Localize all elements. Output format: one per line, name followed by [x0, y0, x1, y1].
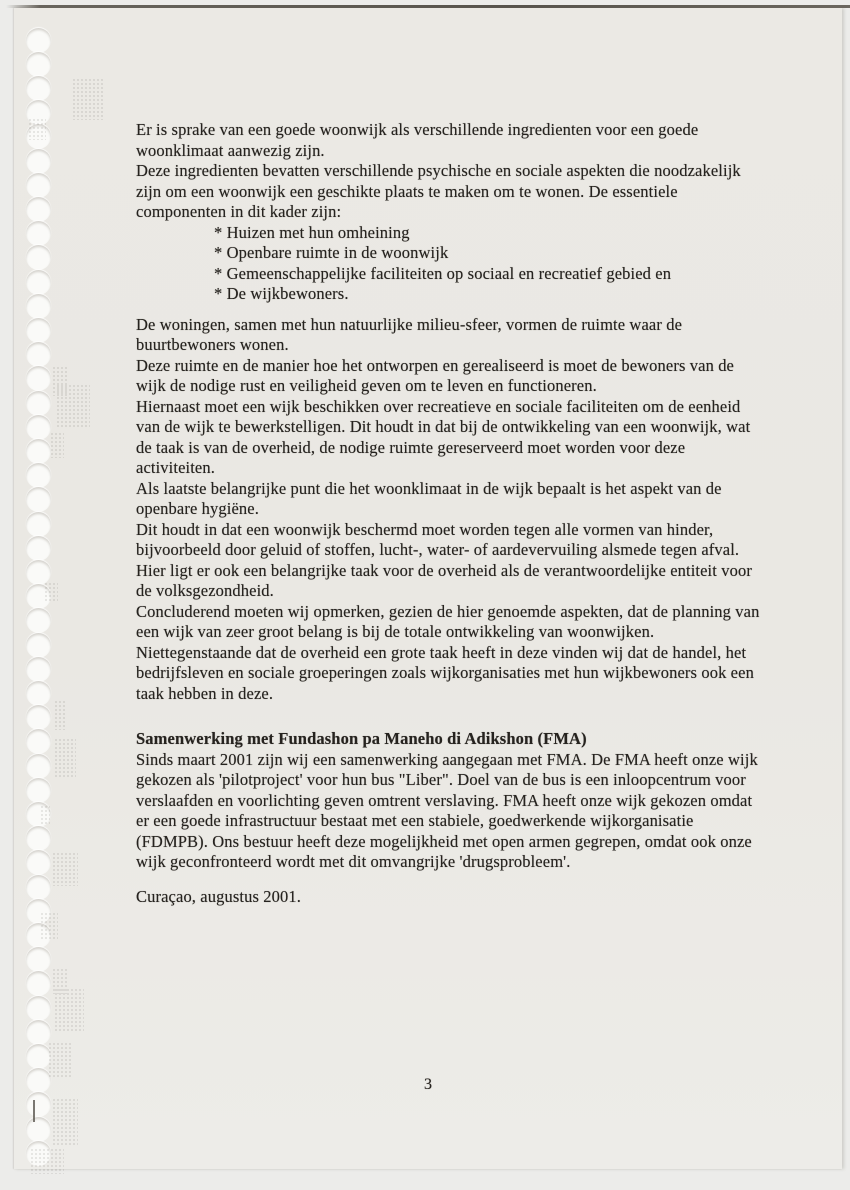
page-number: 3: [14, 1076, 842, 1094]
noise-patch: [40, 912, 58, 940]
binder-hole: [26, 850, 51, 875]
binder-hole: [26, 947, 51, 972]
noise-patch: [54, 988, 84, 1032]
text-line: de taak is van de overheid, de nodige ru…: [136, 438, 791, 459]
binder-hole: [26, 875, 51, 900]
binder-hole: [26, 1044, 51, 1069]
binder-hole: [26, 536, 51, 561]
block-paragraph: Sinds maart 2001 zijn wij een samenwerki…: [136, 750, 791, 873]
text-line: Deze ruimte en de manier hoe het ontworp…: [136, 356, 791, 377]
binder-hole: [26, 971, 51, 996]
binder-hole: [26, 391, 51, 416]
scanned-document: Er is sprake van een goede woonwijk als …: [0, 0, 850, 1190]
binder-hole: [26, 197, 51, 222]
list-item: * Openbare ruimte in de woonwijk: [136, 243, 791, 264]
text-line: Deze ingredienten bevatten verschillende…: [136, 161, 791, 182]
document-body: Er is sprake van een goede woonwijk als …: [136, 120, 791, 907]
text-line: componenten in dit kader zijn:: [136, 202, 791, 223]
binder-hole: [26, 366, 51, 391]
text-line: de volksgezondheid.: [136, 581, 791, 602]
binder-hole: [26, 221, 51, 246]
block-dateline: Curaçao, augustus 2001.: [136, 887, 791, 908]
text-line: van de wijk te bewerkstelligen. Dit houd…: [136, 417, 791, 438]
binder-hole: [26, 463, 51, 488]
binder-hole: [26, 52, 51, 77]
text-line: Curaçao, augustus 2001.: [136, 887, 791, 908]
text-line: activiteiten.: [136, 458, 791, 479]
binder-hole: [26, 778, 51, 803]
text-line: Niettegenstaande dat de overheid een gro…: [136, 643, 791, 664]
text-line: gekozen als 'pilotproject' voor hun bus …: [136, 770, 791, 791]
binder-hole: [26, 415, 51, 440]
noise-patch: [56, 384, 90, 428]
binder-hole: [26, 342, 51, 367]
text-line: er een goede infrastructuur bestaat met …: [136, 811, 791, 832]
text-line: verslaafden en voorlichting geven omtren…: [136, 791, 791, 812]
noise-patch: [33, 1100, 35, 1122]
binder-hole: [26, 681, 51, 706]
binder-hole: [26, 608, 51, 633]
noise-patch: [54, 738, 76, 778]
text-line: buurtbewoners wonen.: [136, 335, 791, 356]
block-paragraph: Er is sprake van een goede woonwijk als …: [136, 120, 791, 223]
paper-sheet: Er is sprake van een goede woonwijk als …: [14, 8, 842, 1169]
binder-hole: [26, 294, 51, 319]
block-paragraph: De woningen, samen met hun natuurlijke m…: [136, 315, 791, 705]
text-line: bijvoorbeeld door geluid of stoffen, luc…: [136, 540, 791, 561]
text-line: taak hebben in deze.: [136, 684, 791, 705]
text-line: Sinds maart 2001 zijn wij een samenwerki…: [136, 750, 791, 771]
noise-patch: [72, 78, 104, 120]
text-line: Er is sprake van een goede woonwijk als …: [136, 120, 791, 141]
noise-patch: [50, 432, 64, 458]
binder-hole: [26, 318, 51, 343]
text-line: woonklimaat aanwezig zijn.: [136, 141, 791, 162]
text-line: Hier ligt er ook een belangrijke taak vo…: [136, 561, 791, 582]
binder-hole: [26, 245, 51, 270]
binder-hole: [26, 173, 51, 198]
list-item: * Gemeenschappelijke faciliteiten op soc…: [136, 264, 791, 285]
text-line: wijk geconfronteerd wordt met dit omvang…: [136, 852, 791, 873]
binder-hole: [26, 28, 51, 53]
block-heading: Samenwerking met Fundashon pa Maneho di …: [136, 729, 791, 750]
noise-patch: [52, 852, 78, 886]
binder-hole: [26, 270, 51, 295]
list-item: * De wijkbewoners.: [136, 284, 791, 305]
text-line: Als laatste belangrijke punt die het woo…: [136, 479, 791, 500]
binder-hole: [26, 487, 51, 512]
binder-hole: [26, 705, 51, 730]
binder-hole: [26, 1020, 51, 1045]
text-line: De woningen, samen met hun natuurlijke m…: [136, 315, 791, 336]
binder-hole: [26, 1092, 51, 1117]
binder-hole: [26, 996, 51, 1021]
text-line: openbare hygiëne.: [136, 499, 791, 520]
noise-patch: [48, 1042, 72, 1078]
noise-patch: [40, 805, 50, 825]
binder-hole: [26, 754, 51, 779]
noise-patch: [52, 1098, 78, 1146]
list-item: * Huizen met hun omheining: [136, 223, 791, 244]
noise-patch: [44, 582, 58, 602]
binder-hole: [26, 826, 51, 851]
text-line: wijk de nodige rust en veiligheid geven …: [136, 376, 791, 397]
text-line: Concluderend moeten wij opmerken, gezien…: [136, 602, 791, 623]
binder-hole: [26, 76, 51, 101]
binder-hole: [26, 149, 51, 174]
binder-hole: [26, 657, 51, 682]
binder-hole: [26, 439, 51, 464]
text-line: een wijk van zeer groot belang is bij de…: [136, 622, 791, 643]
text-line: Hiernaast moet een wijk beschikken over …: [136, 397, 791, 418]
noise-patch: [54, 700, 66, 730]
block-list: * Huizen met hun omheining* Openbare rui…: [136, 223, 791, 305]
text-line: (FDMPB). Ons bestuur heeft deze mogelijk…: [136, 832, 791, 853]
binder-hole: [26, 633, 51, 658]
text-line: zijn om een woonwijk een geschikte plaat…: [136, 182, 791, 203]
noise-patch: [28, 118, 46, 140]
text-line: Dit houdt in dat een woonwijk beschermd …: [136, 520, 791, 541]
binder-hole: [26, 1117, 51, 1142]
binder-hole: [26, 512, 51, 537]
noise-patch: [30, 1148, 64, 1174]
text-line: bedrijfsleven en sociale groeperingen zo…: [136, 663, 791, 684]
binder-hole: [26, 729, 51, 754]
